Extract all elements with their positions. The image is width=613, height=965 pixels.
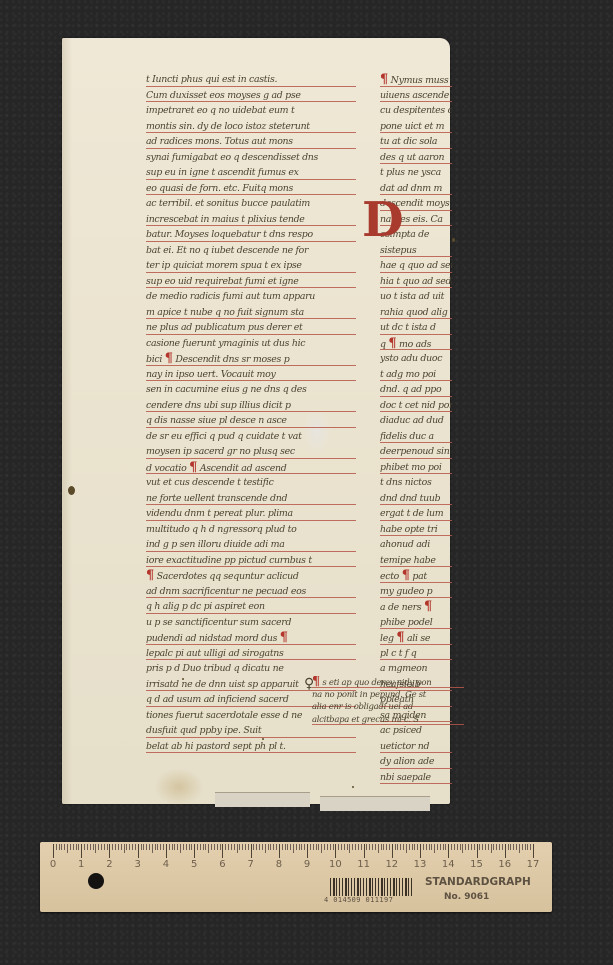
- ruler-tick: [330, 844, 331, 850]
- paragraph-mark: ¶: [396, 630, 404, 645]
- text-line: t adg mo poi: [380, 367, 452, 383]
- ruler-tick: [333, 844, 334, 850]
- text-line: ¶ Sacerdotes qq sequntur aclicud: [146, 568, 356, 584]
- ruler-tick: [392, 844, 393, 858]
- ruler-tick: [104, 844, 105, 850]
- ruler-hanging-hole: [88, 873, 104, 889]
- ruler-tick: [383, 844, 384, 850]
- ruler-tick: [474, 844, 475, 850]
- ruler-tick: [290, 844, 291, 850]
- leaf-edge: [62, 38, 72, 804]
- ruler-tick-label: 2: [99, 859, 119, 870]
- ruler-tick: [395, 844, 396, 850]
- text-line: pudendi ad nidstad mord dus ¶: [146, 630, 356, 646]
- ruler-tick: [386, 844, 387, 850]
- water-stain: [154, 768, 204, 806]
- text-line: ergat t de lum: [380, 506, 452, 522]
- text-line: ac terribil. et sonitus bucce paulatim: [146, 196, 356, 212]
- text-line: phibet mo poi: [380, 460, 452, 476]
- ruler-tick: [491, 844, 492, 853]
- text-line: dnd. q ad ppo: [380, 382, 452, 398]
- ruler-tick: [465, 844, 466, 850]
- ruler-tick: [155, 844, 156, 850]
- text-line: sen in cacumine eius g ne dns q des: [146, 382, 356, 398]
- ruler-tick: [364, 844, 365, 858]
- ruler-tick: [488, 844, 489, 850]
- text-line: multitudo q h d ngressorq plud to: [146, 522, 356, 538]
- text-line: hia t quo ad seda: [380, 274, 452, 290]
- ruler-tick: [369, 844, 370, 850]
- note-line: ¶ s eti ap quo derey uidy pon: [312, 676, 464, 689]
- ruler-tick: [186, 844, 187, 850]
- ruler-tick: [81, 844, 82, 858]
- ruler-tick: [53, 844, 54, 858]
- ruler-tick: [87, 844, 88, 850]
- text-line: ad radices mons. Totus aut mons: [146, 134, 356, 150]
- text-line: leg ¶ ali se: [380, 630, 452, 646]
- text-line: montis sin. dy de loco istoz steterunt: [146, 119, 356, 135]
- ruler-tick: [285, 844, 286, 850]
- ruler-tick: [126, 844, 127, 850]
- ruler-tick: [169, 844, 170, 850]
- text-line: my gudeo p: [380, 584, 452, 600]
- ruler-tick: [174, 844, 175, 850]
- note-line: alcitbapa et grecus ml c. S: [312, 714, 464, 727]
- ruler-tick: [78, 844, 79, 850]
- text-line: ut dc t ista d: [380, 320, 452, 336]
- ruler-tick: [93, 844, 94, 850]
- ruler-tick: [471, 844, 472, 850]
- ruler-tick: [301, 844, 302, 850]
- text-line: moysen ip sacerd gr no plusq sec: [146, 444, 356, 460]
- ruler-tick: [265, 844, 266, 853]
- text-line: ysto adu duoc: [380, 351, 452, 367]
- ruler-tick: [248, 844, 249, 850]
- text-line: tu at dic sola: [380, 134, 452, 150]
- ruler-tick: [129, 844, 130, 850]
- ruler-tick: [522, 844, 523, 850]
- ruler-tick-label: 15: [467, 859, 487, 870]
- note-line: na no ponit in pepund. Ge st: [312, 689, 464, 702]
- ruler-tick: [462, 844, 463, 853]
- ruler-tick: [73, 844, 74, 850]
- ruler-tick: [149, 844, 150, 850]
- ruler-tick: [132, 844, 133, 850]
- ruler-tick: [417, 844, 418, 850]
- ruler-tick: [228, 844, 229, 850]
- ruler-tick: [64, 844, 65, 850]
- note-line: alia enr is obligadi uel ad: [312, 701, 464, 714]
- marginal-note: ♀ ¶ s eti ap quo derey uidy pon na no po…: [312, 676, 464, 726]
- text-line: pone uict et m: [380, 119, 452, 135]
- ruler-tick: [239, 844, 240, 850]
- paragraph-mark: ¶: [312, 676, 320, 689]
- ruler-tick: [381, 844, 382, 850]
- ruler-tick-label: 12: [382, 859, 402, 870]
- ruler-tick: [211, 844, 212, 850]
- ruler-tick: [220, 844, 221, 850]
- ruler-tick: [59, 844, 60, 850]
- text-line: iore exactitudine pp pictud curnbus t: [146, 553, 356, 569]
- ruler-tick: [482, 844, 483, 850]
- ruler-tick: [304, 844, 305, 850]
- text-line: nay in ipso uert. Vocauit moy: [146, 367, 356, 383]
- ruler-tick: [527, 844, 528, 850]
- text-line: ne forte uellent transcende dnd: [146, 491, 356, 507]
- ruler-tick: [426, 844, 427, 850]
- text-line: belat ab hi pastord sept ph pl t.: [146, 739, 356, 755]
- text-line: fidelis duc a: [380, 429, 452, 445]
- ruler-tick: [313, 844, 314, 850]
- ruler-tick: [135, 844, 136, 850]
- text-line: t dns nictos: [380, 475, 452, 491]
- ruler-tick: [420, 844, 421, 858]
- ruler-tick: [468, 844, 469, 850]
- text-line: habe opte tri: [380, 522, 452, 538]
- text-line: phibe podel: [380, 615, 452, 631]
- ruler-tick: [409, 844, 410, 850]
- barcode-number: 4 014509 011197: [324, 896, 420, 904]
- ruler-tick: [191, 844, 192, 850]
- ruler-tick: [160, 844, 161, 850]
- ruler-tick: [378, 844, 379, 853]
- text-line: de sr eu effici q pud q cuidate t vat: [146, 429, 356, 445]
- text-line: ad dnm sacrificentur ne pecuad eos: [146, 584, 356, 600]
- ruler-tick: [203, 844, 204, 850]
- ruler-tick: [208, 844, 209, 853]
- ruler-tick: [107, 844, 108, 850]
- ruler-tick: [157, 844, 158, 850]
- ruler-tick: [451, 844, 452, 850]
- ruler-tick: [389, 844, 390, 850]
- ruler-tick: [293, 844, 294, 853]
- text-line: uetictor nd: [380, 739, 452, 755]
- ruler-tick-label: 9: [297, 859, 317, 870]
- ruler-tick: [347, 844, 348, 850]
- ruler-tick: [460, 844, 461, 850]
- left-text-column: t Iuncti phus qui est in castis.Cum duxi…: [146, 72, 356, 754]
- ruler-tick: [414, 844, 415, 850]
- paragraph-mark: ¶: [388, 336, 396, 351]
- ruler-brand: STANDARDGRAPH: [425, 876, 531, 888]
- ruler-tick: [366, 844, 367, 850]
- ruler-tick: [403, 844, 404, 850]
- ruler-tick: [217, 844, 218, 850]
- text-line: cendere dns ubi sup illius dicit p: [146, 398, 356, 414]
- ruler-tick: [276, 844, 277, 850]
- ruler-tick: [262, 844, 263, 850]
- paragraph-mark: ¶: [189, 460, 197, 475]
- text-line: vut et cus descende t testific: [146, 475, 356, 491]
- ruler-tick: [513, 844, 514, 850]
- torn-edge: [215, 792, 310, 807]
- text-line: ter ip quiciat morem spua t ex ipse: [146, 258, 356, 274]
- ruler-tick-label: 0: [43, 859, 63, 870]
- ruler-tick: [200, 844, 201, 850]
- text-line: uo t ista ad uit: [380, 289, 452, 305]
- ruler-tick: [477, 844, 478, 858]
- ruler-tick: [253, 844, 254, 850]
- ruler-tick: [205, 844, 206, 850]
- paragraph-mark: ¶: [380, 72, 388, 87]
- text-line: casione fuerunt ymaginis ut dus hic: [146, 336, 356, 352]
- text-line: t plus ne ysca: [380, 165, 452, 181]
- ruler-tick: [479, 844, 480, 850]
- ruler-tick: [375, 844, 376, 850]
- ruler-tick: [109, 844, 110, 858]
- text-line: ne plus ad publicatum pus derer et: [146, 320, 356, 336]
- ruler-tick: [95, 844, 96, 853]
- text-line: q dis nasse siue pl desce n asce: [146, 413, 356, 429]
- ruler-tick: [234, 844, 235, 850]
- ruler-tick: [429, 844, 430, 850]
- text-line: rahia quod alig: [380, 305, 452, 321]
- text-line: q h alig p dc pi aspiret eon: [146, 599, 356, 615]
- ruler-tick: [493, 844, 494, 850]
- ruler-tick: [231, 844, 232, 850]
- ruler-tick: [245, 844, 246, 850]
- ruler-tick: [273, 844, 274, 850]
- text-line: u p se sanctificentur sum sacerd: [146, 615, 356, 631]
- paragraph-mark: ¶: [402, 568, 410, 583]
- ruler-tick-label: 7: [241, 859, 261, 870]
- ruler-tick: [316, 844, 317, 850]
- ruler-tick: [270, 844, 271, 850]
- text-line: ahonud adi: [380, 537, 452, 553]
- ruler-tick: [352, 844, 353, 850]
- ruler-tick: [112, 844, 113, 850]
- ruler-tick: [307, 844, 308, 858]
- text-line: a mgmeon: [380, 661, 452, 677]
- ruler-tick: [412, 844, 413, 850]
- ruler-tick: [251, 844, 252, 858]
- ruler-tick: [141, 844, 142, 850]
- ruler-tick: [98, 844, 99, 850]
- ruler-tick-label: 8: [269, 859, 289, 870]
- text-line: eo quasi de forn. etc. Fuitq mons: [146, 181, 356, 197]
- ruler-tick: [237, 844, 238, 853]
- ruler-tick: [431, 844, 432, 850]
- text-line: dy alion ade: [380, 754, 452, 770]
- ruler-tick: [197, 844, 198, 850]
- ruler-tick: [327, 844, 328, 850]
- text-line: t Iuncti phus qui est in castis.: [146, 72, 356, 88]
- ruler-tick: [508, 844, 509, 850]
- text-line: deerpenoud sin: [380, 444, 452, 460]
- ruler-tick: [225, 844, 226, 850]
- ruler-tick: [454, 844, 455, 850]
- ruler-tick: [505, 844, 506, 858]
- ruler-tick: [519, 844, 520, 853]
- ruler-tick: [143, 844, 144, 850]
- ruler-tick: [296, 844, 297, 850]
- ruler-tick: [485, 844, 486, 850]
- ruler-tick: [61, 844, 62, 850]
- ruler-model-number: No. 9061: [444, 892, 489, 902]
- ruler-tick: [434, 844, 435, 853]
- ruler-tick: [457, 844, 458, 850]
- ruler-tick: [256, 844, 257, 850]
- text-line: bici ¶ Descendit dns sr moses p: [146, 351, 356, 367]
- ruler-tick: [318, 844, 319, 850]
- ruler-tick-label: 6: [212, 859, 232, 870]
- text-line: de medio radicis fumi aut tum apparu: [146, 289, 356, 305]
- text-line: bat ei. Et no q iubet descende ne for: [146, 243, 356, 259]
- ruler-tick: [448, 844, 449, 858]
- ruler-tick-label: 1: [71, 859, 91, 870]
- ruler-tick: [510, 844, 511, 850]
- ruler-tick: [533, 844, 534, 858]
- text-line: cu despitentes c: [380, 103, 452, 119]
- ruler-tick: [70, 844, 71, 850]
- ruler-tick: [406, 844, 407, 853]
- text-line: sup eo uid requirebat fumi et igne: [146, 274, 356, 290]
- ruler-tick: [324, 844, 325, 850]
- text-line: ind g p sen illoru diuide adi ma: [146, 537, 356, 553]
- ruler-tick-label: 13: [410, 859, 430, 870]
- ruler-tick-label: 5: [184, 859, 204, 870]
- ruler-tick: [67, 844, 68, 853]
- ink-speck: [68, 486, 75, 495]
- text-line: videndu dnm t pereat plur. plima: [146, 506, 356, 522]
- text-line: increscebat in maius t plixius tende: [146, 212, 356, 228]
- barcode: [330, 878, 412, 896]
- ruler-tick: [502, 844, 503, 850]
- ruler-tick: [268, 844, 269, 850]
- text-line: Cum duxisset eos moyses g ad pse: [146, 88, 356, 104]
- ruler-tick: [299, 844, 300, 850]
- ruler-tick: [101, 844, 102, 850]
- ruler-tick: [349, 844, 350, 853]
- ruler-tick: [177, 844, 178, 850]
- decorated-initial: D: [362, 196, 404, 244]
- ruler-tick-label: 16: [495, 859, 515, 870]
- ruler-tick: [321, 844, 322, 853]
- ruler-tick: [76, 844, 77, 850]
- ruler-tick: [84, 844, 85, 850]
- ruler-tick: [166, 844, 167, 858]
- paragraph-mark: ¶: [146, 568, 154, 583]
- ruler-tick: [361, 844, 362, 850]
- ruler-tick: [310, 844, 311, 850]
- ruler-tick: [445, 844, 446, 850]
- paragraph-mark: ¶: [280, 630, 288, 645]
- paragraph-mark: ¶: [424, 599, 432, 614]
- ruler-tick: [516, 844, 517, 850]
- ruler-tick-label: 11: [354, 859, 374, 870]
- ruler-tick: [180, 844, 181, 853]
- text-line: pris p d Duo tribud q dicatu ne: [146, 661, 356, 677]
- ink-speck: [352, 786, 354, 788]
- text-line: lepalc pi aut ulligi ad sirogatns: [146, 646, 356, 662]
- text-line: q ¶ mo ads: [380, 336, 452, 352]
- ruler-tick: [525, 844, 526, 850]
- text-line: uiuens ascende m: [380, 88, 452, 104]
- text-line: temipe habe: [380, 553, 452, 569]
- ruler-tick: [138, 844, 139, 858]
- ruler-tick: [397, 844, 398, 850]
- ruler-tick: [335, 844, 336, 858]
- text-line: a de ners ¶: [380, 599, 452, 615]
- ruler-tick: [189, 844, 190, 850]
- ruler-tick: [338, 844, 339, 850]
- ruler-tick: [163, 844, 164, 850]
- ruler-tick: [124, 844, 125, 853]
- ruler-tick: [344, 844, 345, 850]
- text-line: des q ut aaron: [380, 150, 452, 166]
- text-line: m apice t nube q no fuit signum sta: [146, 305, 356, 321]
- ruler-tick: [115, 844, 116, 850]
- ruler-tick: [90, 844, 91, 850]
- measurement-ruler: 01234567891011121314151617 4 014509 0111…: [40, 842, 552, 912]
- text-line: batur. Moyses loquebatur t dns respo: [146, 227, 356, 243]
- ruler-tick: [222, 844, 223, 858]
- ruler-tick: [423, 844, 424, 850]
- ruler-tick: [372, 844, 373, 850]
- ruler-tick: [121, 844, 122, 850]
- text-line: doc t cet nid poni: [380, 398, 452, 414]
- ruler-tick: [341, 844, 342, 850]
- ruler-tick: [152, 844, 153, 853]
- text-line: impetraret eo q no uidebat eum t: [146, 103, 356, 119]
- ruler-tick: [194, 844, 195, 858]
- ruler-tick: [400, 844, 401, 850]
- ruler-tick: [282, 844, 283, 850]
- ruler-tick: [56, 844, 57, 850]
- manuscript-leaf: t Iuncti phus qui est in castis.Cum duxi…: [62, 38, 450, 804]
- ink-speck: [452, 238, 455, 242]
- text-line: diaduc ad dud: [380, 413, 452, 429]
- text-line: ¶ Nymus muss: [380, 72, 452, 88]
- ruler-tick-label: 3: [128, 859, 148, 870]
- ruler-tick: [496, 844, 497, 850]
- ruler-tick: [499, 844, 500, 850]
- ruler-tick: [358, 844, 359, 850]
- ruler-tick: [242, 844, 243, 850]
- ruler-tick: [530, 844, 531, 850]
- ruler-tick: [183, 844, 184, 850]
- ruler-scale: 01234567891011121314151617: [53, 842, 533, 862]
- ruler-tick: [118, 844, 119, 850]
- ruler-tick: [440, 844, 441, 850]
- ruler-tick: [279, 844, 280, 858]
- ruler-tick: [355, 844, 356, 850]
- ruler-tick: [146, 844, 147, 850]
- text-line: nbi saepale: [380, 770, 452, 786]
- text-line: pl c t f q: [380, 646, 452, 662]
- ruler-tick: [214, 844, 215, 850]
- ruler-tick-label: 17: [523, 859, 543, 870]
- text-line: d vocatio ¶ Ascendit ad ascend: [146, 460, 356, 476]
- text-line: synai fumigabat eo q descendisset dns: [146, 150, 356, 166]
- ruler-tick: [443, 844, 444, 850]
- ruler-tick: [437, 844, 438, 850]
- paragraph-mark: ¶: [165, 351, 173, 366]
- text-line: ecto ¶ pat: [380, 568, 452, 584]
- text-line: sup eu in igne t ascendit fumus ex: [146, 165, 356, 181]
- ruler-tick: [259, 844, 260, 850]
- ruler-tick: [172, 844, 173, 850]
- text-line: dnd dnd tuub: [380, 491, 452, 507]
- ruler-tick: [287, 844, 288, 850]
- text-line: hae q quo ad sempe: [380, 258, 452, 274]
- ruler-tick-label: 4: [156, 859, 176, 870]
- torn-edge: [320, 796, 430, 811]
- ruler-tick-label: 14: [438, 859, 458, 870]
- ruler-tick-label: 10: [325, 859, 345, 870]
